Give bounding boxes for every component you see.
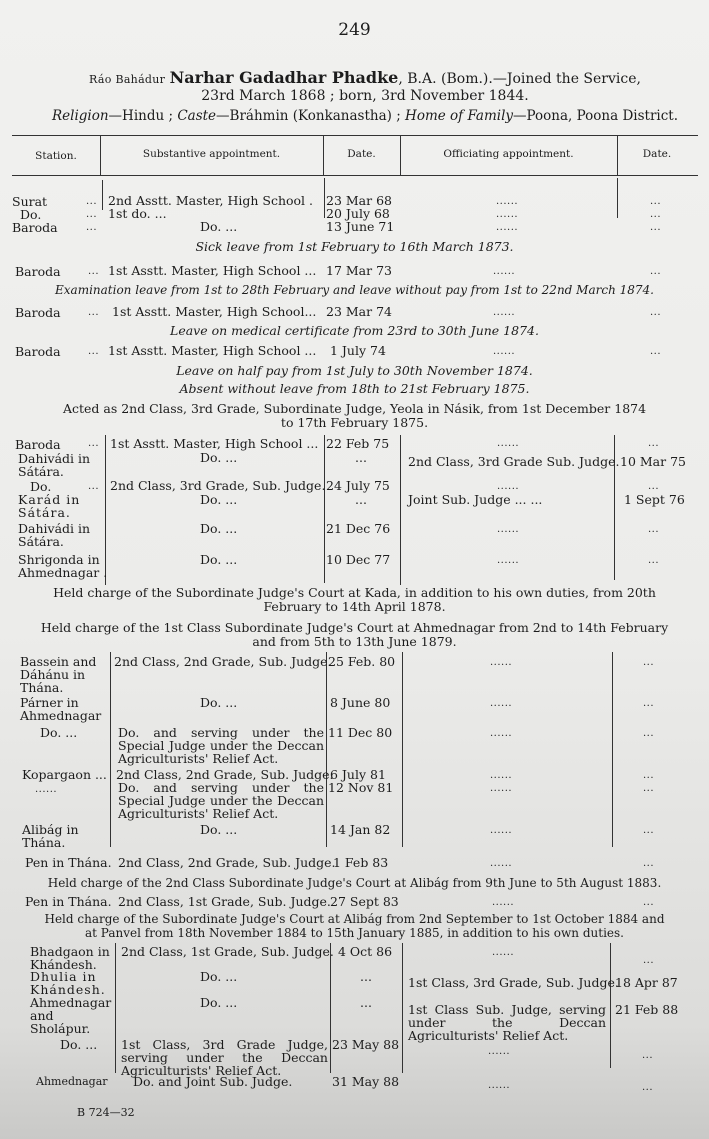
officiating-date: ... [643,657,654,668]
station: Dahivádi in Sátára. [18,522,103,548]
officiating-appointment: ...... [488,1080,510,1091]
service-note: Examination leave from 1st to 28th Febru… [0,283,709,297]
officiating-date: ... [650,307,661,318]
col-divider [115,943,116,1073]
service-note: at Panvel from 18th November 1884 to 15t… [0,926,709,940]
substantive-appointment: 1st Asstt. Master, High School ... [108,264,316,277]
qualification: , B.A. (Bom.).—Joined the Service, [398,71,641,87]
leader-dots: ... [86,222,97,233]
officiating-date: ... [648,555,659,566]
col-divider [324,178,325,218]
station: Baroda [15,438,61,451]
col-header-substantive: Substantive appointment. [100,148,323,160]
substantive-appointment: Do. and serving under the Special Judge … [118,781,324,820]
service-note: Absent without leave from 18th to 21st F… [0,382,709,396]
officiating-date: ... [650,209,661,220]
officiating-appointment: ...... [493,266,515,277]
service-note: Held charge of the Subordinate Judge's C… [0,586,709,600]
substantive-appointment: Do. and serving under the Special Judge … [118,726,324,765]
col-header-station: Station. [12,150,100,162]
officiating-appointment: ...... [490,783,512,794]
officiating-date: 21 Feb 88 [615,1003,678,1016]
date: 12 Nov 81 [328,781,393,794]
substantive-appointment: Do. ... [200,220,237,233]
service-note: Acted as 2nd Class, 3rd Grade, Subordina… [0,402,709,416]
substantive-appointment: 2nd Class, 2nd Grade, Sub. Judge. [114,655,332,668]
date: 25 Feb. 80 [328,655,395,668]
station: Alibág in Thána. [22,823,110,849]
station: ...... [35,783,57,796]
substantive-appointment: Do. ... [200,493,320,506]
date: 8 June 80 [330,696,390,709]
officer-name: Narhar Gadadhar Phadke [170,68,399,87]
caste: —Bráhmin (Konkanastha) ; [216,108,405,124]
officiating-date: ... [643,955,654,966]
home: —Poona, Poona District. [513,108,678,124]
station: Pen in Thána. [25,895,112,908]
col-divider [617,178,618,218]
substantive-appointment: 2nd Class, 2nd Grade, Sub. Judge. [118,856,336,869]
date: ... [355,493,367,506]
substantive-appointment: 2nd Class, 1st Grade, Sub. Judge. [118,895,331,908]
col-divider [102,180,103,210]
officiating-date: ... [643,770,654,781]
officiating-appointment: ...... [493,346,515,357]
col-divider [612,652,613,847]
station: Shrigonda in Ahmednagar . [18,553,108,579]
station: Kopargaon ... [22,768,107,781]
col-divider [610,943,611,1068]
date: 22 Feb 75 [326,437,389,450]
personal-details: Religion—Hindu ; Caste—Bráhmin (Konkanas… [20,108,709,124]
officiating-date: ... [643,698,654,709]
officiating-appointment: ...... [497,555,519,566]
service-note: Leave on medical certificate from 23rd t… [0,324,709,338]
substantive-appointment: Do. ... [200,823,322,836]
officiating-date: 1 Sept 76 [624,493,685,506]
col-divider [326,652,327,847]
substantive-appointment: Do. ... [200,996,326,1009]
date: 21 Dec 76 [326,522,390,535]
col-divider [330,943,331,1073]
leader-dots: ... [86,196,97,207]
officiating-appointment: ...... [493,307,515,318]
col-header-odate: Date. [617,148,697,160]
date: 24 July 75 [326,479,390,492]
station: Dahivádi in Sátára. [18,452,103,478]
leader-dots: ... [88,438,99,449]
service-note: Held charge of the 1st Class Subordinate… [0,621,709,635]
substantive-appointment: Do. ... [200,970,326,983]
date: 14 Jan 82 [330,823,390,836]
officiating-date: ... [648,481,659,492]
officiating-appointment: 2nd Class, 3rd Grade Sub. Judge. [408,455,619,468]
substantive-appointment: Do. and Joint Sub. Judge. [133,1075,328,1088]
officiating-date: ... [648,524,659,535]
officiating-date: ... [643,783,654,794]
officiating-date: ... [643,728,654,739]
officer-header: Ráo Bahádur Narhar Gadadhar Phadke, B.A.… [20,70,709,104]
date: 23 May 88 [332,1038,399,1051]
service-note: and from 5th to 13th June 1879. [0,635,709,649]
substantive-appointment: Do. ... [200,451,320,464]
table-top-rule [12,135,698,136]
officiating-appointment: ...... [496,222,518,233]
station: Ahmednagar and Sholápur. [30,996,115,1035]
officiating-date: 10 Mar 75 [620,455,686,468]
leader-dots: ... [88,481,99,492]
station: Karád in Sátára. [18,493,103,519]
officiating-appointment: ...... [497,481,519,492]
date: 10 Dec 77 [326,553,390,566]
religion-label: Religion [52,108,109,124]
substantive-appointment: 1st Asstt. Master, High School... [112,305,316,318]
station: Bhadgaon in Khándesh. [30,945,115,971]
footer-code: B 724—32 [77,1106,135,1119]
page-number: 249 [0,20,709,40]
date: 17 Mar 73 [326,264,392,277]
col-divider [324,435,325,583]
officiating-appointment: ...... [492,947,514,958]
station: Bassein and Dáhánu in Thána. [20,655,108,694]
station: Pen in Thána. [25,856,112,869]
date: 31 May 88 [332,1075,399,1088]
date: 23 Mar 74 [326,305,392,318]
date: 1 July 74 [330,344,386,357]
substantive-appointment: 1st Asstt. Master, High School ... [108,344,316,357]
substantive-appointment: Do. ... [200,553,320,566]
station: Baroda [15,265,61,278]
caste-label: Caste [177,108,216,124]
officiating-date: ... [643,825,654,836]
substantive-appointment: 1st Asstt. Master, High School ... [110,437,318,450]
officiating-date: ... [643,858,654,869]
station: Ahmednagar [36,1075,108,1088]
col-header-officiating: Officiating appointment. [400,148,617,160]
service-note: Sick leave from 1st February to 16th Mar… [0,240,709,254]
officiating-appointment: ...... [490,657,512,668]
date: ... [355,451,367,464]
officiating-appointment: ...... [496,209,518,220]
substantive-appointment: Do. ... [200,696,322,709]
leader-dots: ... [86,209,97,220]
station: Párner in Ahmednagar [20,696,108,722]
officiating-appointment: ...... [490,698,512,709]
substantive-appointment: 2nd Class, 3rd Grade, Sub. Judge. [110,479,325,492]
leader-dots: ... [88,307,99,318]
table-header-rule [12,175,698,176]
officiating-appointment: ...... [490,770,512,781]
substantive-appointment: 2nd Class, 1st Grade, Sub. Judge. [121,945,334,958]
substantive-appointment: 1st Class, 3rd Grade Judge, serving unde… [121,1038,328,1077]
officiating-appointment: ...... [490,825,512,836]
leader-dots: ... [88,266,99,277]
officiating-appointment: ...... [497,524,519,535]
service-dates: 23rd March 1868 ; born, 3rd November 184… [201,88,528,104]
station: Baroda [12,221,58,234]
date: 27 Sept 83 [330,895,399,908]
officiating-appointment: 1st Class, 3rd Grade, Sub. Judge. [408,976,619,989]
date: ... [360,996,372,1009]
officiating-date: ... [643,897,654,908]
station: Do. ... [40,726,77,739]
officiating-appointment: ...... [497,438,519,449]
col-header-date: Date. [323,148,400,160]
service-note: to 17th February 1875. [0,416,709,430]
date: ... [360,970,372,983]
officiating-appointment: ...... [492,897,514,908]
officiating-date: ... [650,196,661,207]
station: Baroda [15,345,61,358]
col-divider [110,652,111,847]
service-note: Held charge of the Subordinate Judge's C… [0,912,709,926]
officiating-appointment: ...... [490,858,512,869]
station: Baroda [15,306,61,319]
officiating-date: ... [650,346,661,357]
religion: —Hindu ; [109,108,178,124]
leader-dots: ... [88,346,99,357]
home-label: Home of Family [405,108,513,124]
service-note: Held charge of the 2nd Class Subordinate… [0,876,709,890]
officiating-date: ... [650,266,661,277]
officiating-appointment: ...... [490,728,512,739]
col-divider [402,943,403,1073]
officiating-appointment: ...... [496,196,518,207]
officiating-date: ... [648,438,659,449]
officiating-appointment: ...... [488,1046,510,1057]
officiating-appointment: 1st Class Sub. Judge, serving under the … [408,1003,606,1042]
title-prefix: Ráo Bahádur [89,73,165,86]
officiating-date: ... [650,222,661,233]
station: Do. ... [60,1038,97,1051]
officiating-date: 18 Apr 87 [615,976,678,989]
date: 11 Dec 80 [328,726,392,739]
service-note: Leave on half pay from 1st July to 30th … [0,364,709,378]
officiating-appointment: Joint Sub. Judge ... ... [408,493,542,506]
date: 13 June 71 [326,220,394,233]
substantive-appointment: Do. ... [200,522,320,535]
date: 4 Oct 86 [338,945,392,958]
station: Dhulia in Khándesh. [30,970,115,996]
officiating-date: ... [642,1050,653,1061]
service-note: February to 14th April 1878. [0,600,709,614]
officiating-date: ... [642,1082,653,1093]
col-divider [400,435,401,585]
col-divider [402,652,403,847]
date: 1 Feb 83 [333,856,388,869]
